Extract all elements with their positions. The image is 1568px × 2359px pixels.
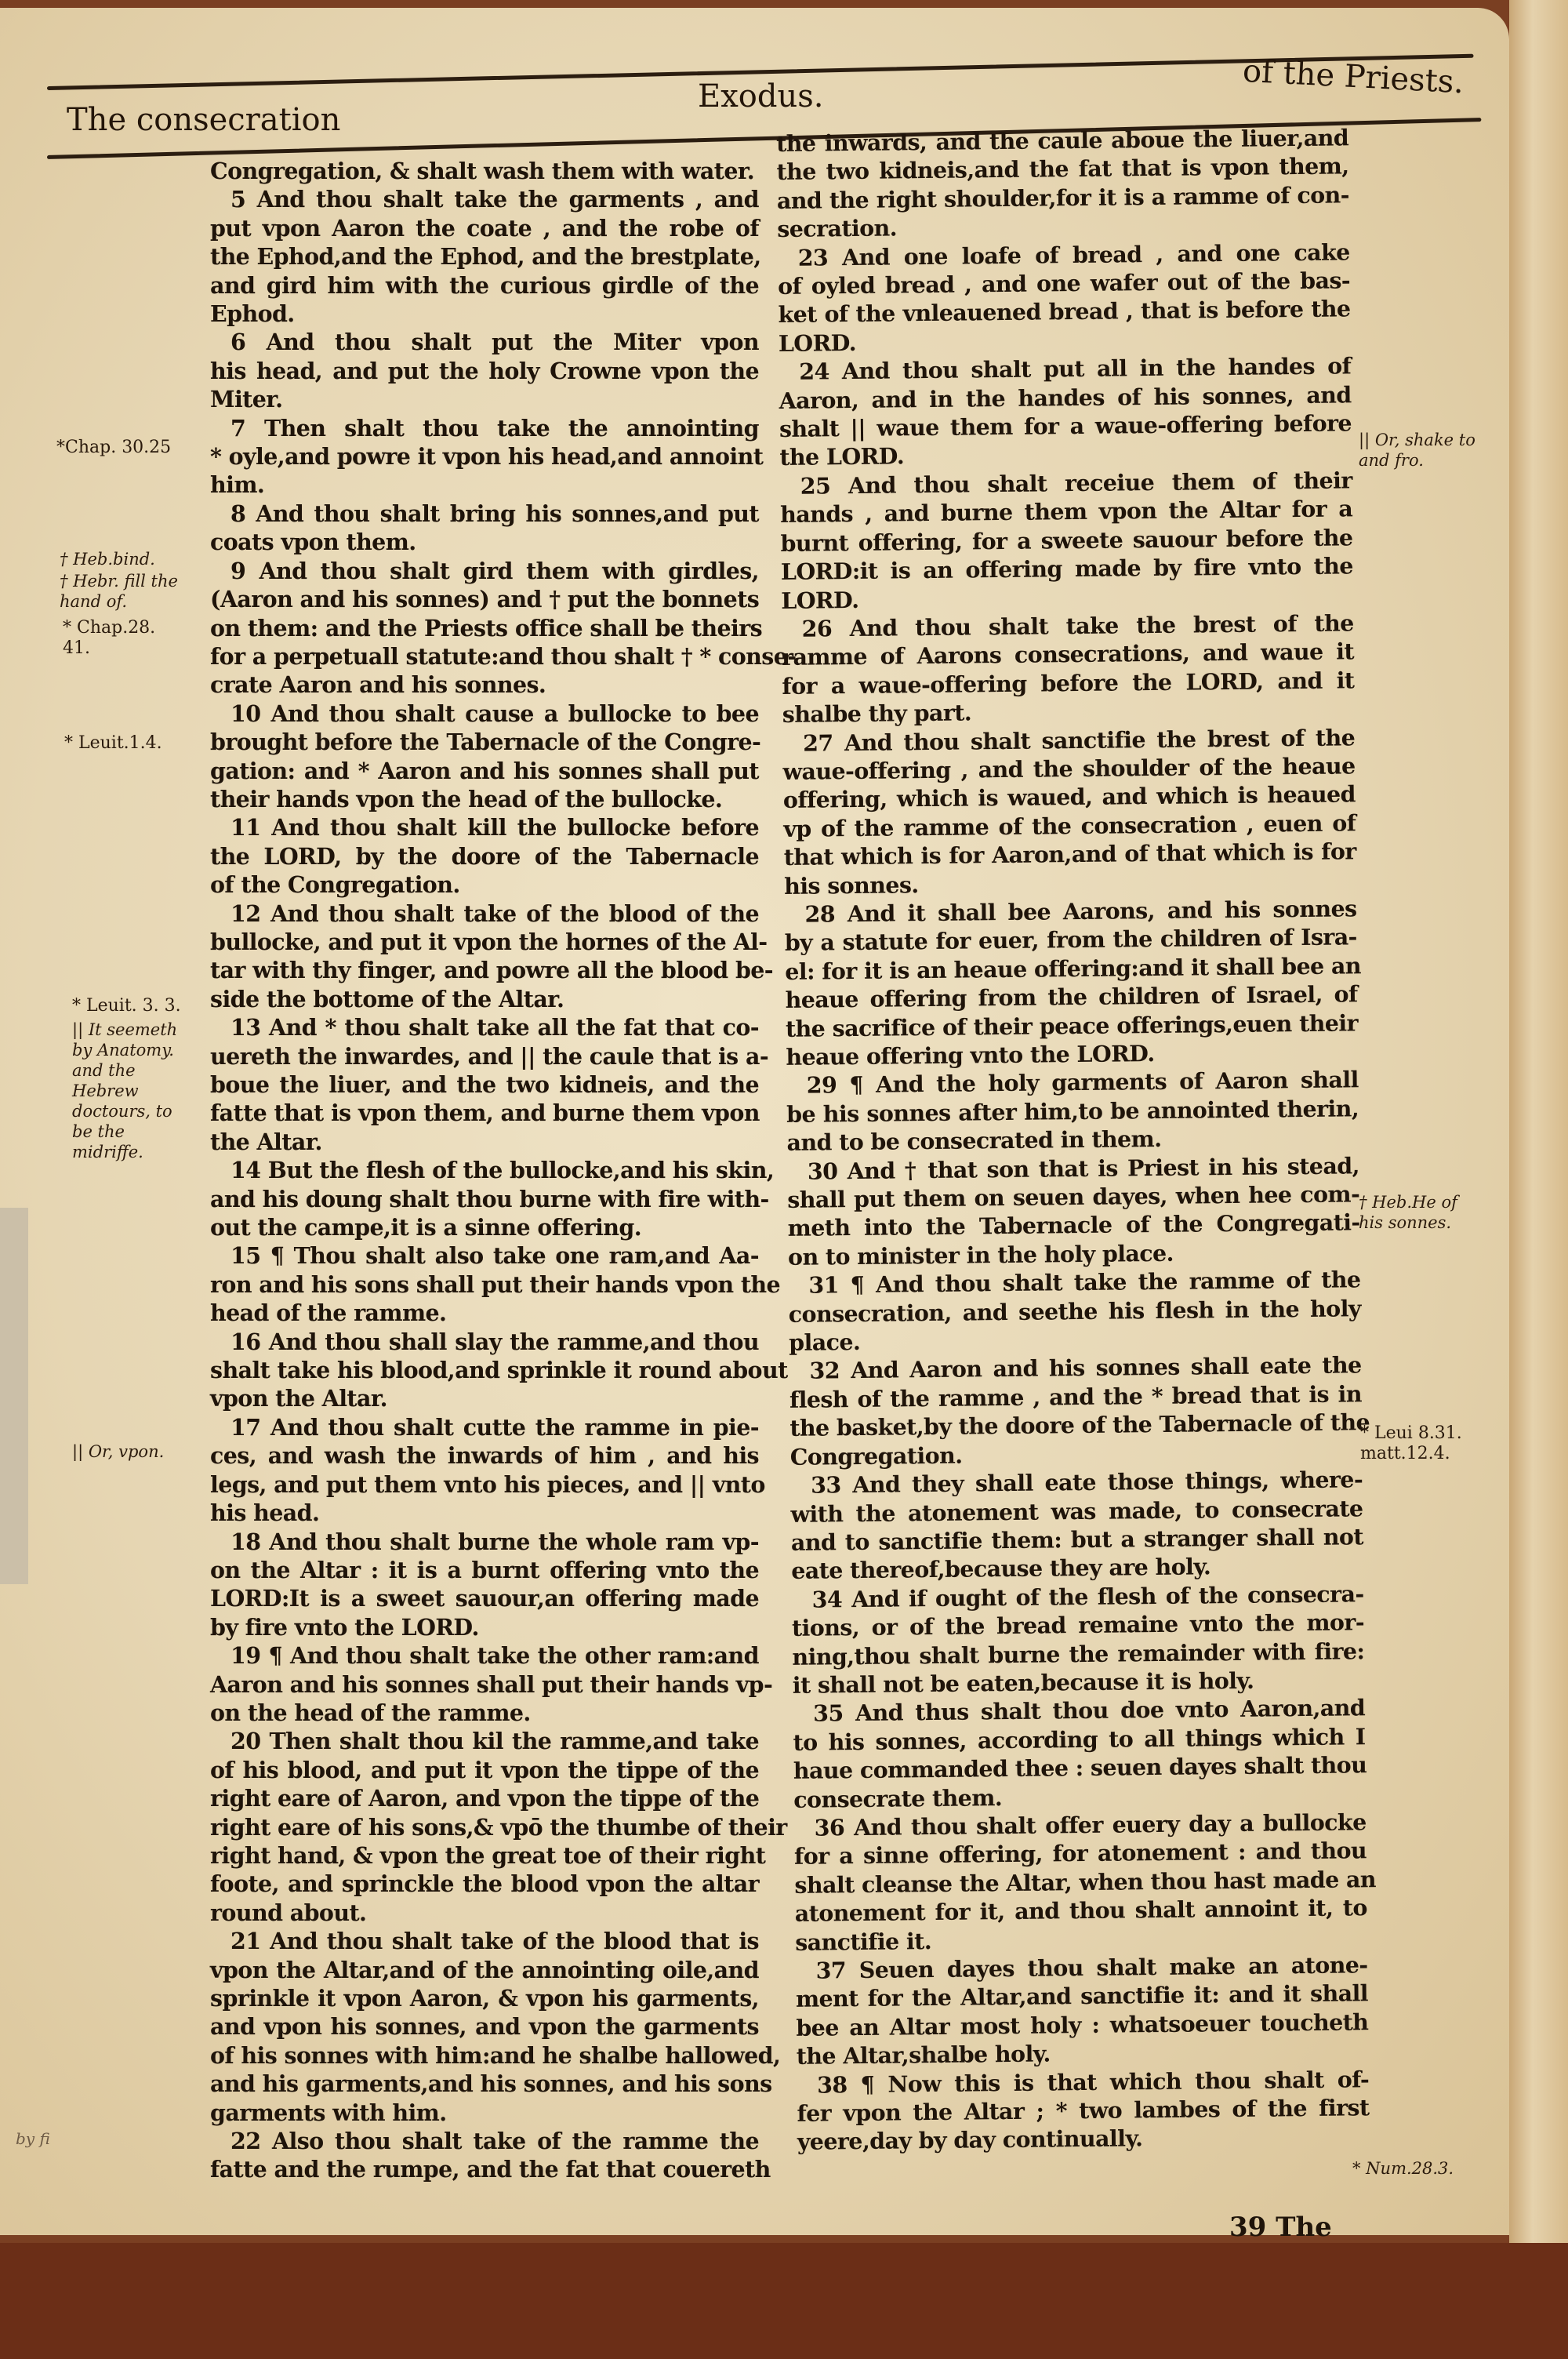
text-line: 17 And thou shalt cutte the ramme in pie… xyxy=(210,1413,759,1441)
text-line: coats vpon them. xyxy=(210,528,759,556)
text-line: crate Aaron and his sonnes. xyxy=(210,671,759,699)
catchword: 39 The xyxy=(1229,2212,1332,2243)
text-column-right: the inwards, and the caule aboue the liu… xyxy=(776,123,1370,2156)
text-line: LORD:it is an offering made by fire vnto… xyxy=(781,551,1353,586)
text-line: tar with thy finger, and powre all the b… xyxy=(210,956,759,984)
text-line: LORD:It is a sweet sauour,an offering ma… xyxy=(210,1584,759,1612)
text-line: shalt take his blood,and sprinkle it rou… xyxy=(210,1356,759,1384)
text-line: side the bottome of the Altar. xyxy=(210,985,759,1013)
text-line: and his garments,and his sonnes, and his… xyxy=(210,2070,759,2098)
text-line: of his blood, and put it vpon the tippe … xyxy=(210,1756,759,1784)
text-line: the basket,by the doore of the Tabernacl… xyxy=(789,1408,1362,1443)
text-line: gation: and * Aaron and his sonnes shall… xyxy=(210,757,759,785)
text-line: by fire vnto the LORD. xyxy=(210,1613,759,1641)
text-line: yeere,day by day continually. xyxy=(797,2122,1370,2157)
paper-insert xyxy=(0,1208,28,1584)
text-line: garments with him. xyxy=(210,2099,759,2127)
text-line: 14 But the flesh of the bullocke,and his… xyxy=(210,1156,759,1184)
text-line: 16 And thou shall slay the ramme,and tho… xyxy=(210,1328,759,1356)
text-line: legs, and put them vnto his pieces, and … xyxy=(210,1470,759,1499)
text-line: 20 Then shalt thou kil the ramme,and tak… xyxy=(210,1727,759,1755)
margin-note: * Num.28.3. xyxy=(1352,2158,1494,2179)
text-line: vpon the Altar,and of the annointing oil… xyxy=(210,1956,759,1984)
text-line: his head. xyxy=(210,1499,759,1527)
margin-note: || It seemeth by Anatomy. and the Hebrew… xyxy=(72,1020,190,1162)
text-column-left: Congregation, & shalt wash them with wat… xyxy=(210,157,759,2184)
margin-note: *Chap. 30.25 xyxy=(56,438,213,458)
running-head-center: Exodus. xyxy=(698,78,823,114)
text-line: for a perpetuall statute:and thou shalt … xyxy=(210,642,759,671)
text-line: round about. xyxy=(210,1899,759,1927)
text-line: put vpon Aaron the coate , and the robe … xyxy=(210,214,759,242)
text-line: him. xyxy=(210,471,759,499)
text-line: the sacrifice of their peace offerings,e… xyxy=(786,1009,1358,1043)
margin-note: || Or, vpon. xyxy=(72,1441,213,1462)
text-line: (Aaron and his sonnes) and † put the bon… xyxy=(210,585,759,613)
text-line: and vpon his sonnes, and vpon the garmen… xyxy=(210,2012,759,2041)
text-line: boue the liuer, and the two kidneis, and… xyxy=(210,1070,759,1099)
running-head-left: The consecration xyxy=(67,102,340,138)
text-line: 13 And * thou shalt take all the fat tha… xyxy=(210,1013,759,1041)
margin-note: † Hebr. fill the hand of. xyxy=(60,571,185,612)
next-page-edge xyxy=(1509,0,1568,2359)
text-line: right eare of Aaron, and vpon the tippe … xyxy=(210,1784,759,1812)
text-line: on them: and the Priests office shall be… xyxy=(210,614,759,642)
text-line: ron and his sons shall put their hands v… xyxy=(210,1270,759,1299)
text-line: for a waue-offering before the LORD, and… xyxy=(782,666,1354,700)
text-line: 21 And thou shalt take of the blood that… xyxy=(210,1927,759,1955)
text-line: vpon the Altar. xyxy=(210,1384,759,1412)
text-line: 5 And thou shalt take the garments , and xyxy=(210,185,759,213)
margin-note: || Or, shake to and fro. xyxy=(1359,430,1476,471)
text-line: 6 And thou shalt put the Miter vpon xyxy=(210,328,759,356)
text-line: atonement for it, and thou shalt annoint… xyxy=(795,1893,1367,1928)
text-line: 7 Then shalt thou take the annointing xyxy=(210,414,759,442)
margin-note: * Chap.28. 41. xyxy=(63,618,180,659)
text-line: bullocke, and put it vpon the hornes of … xyxy=(210,928,759,956)
text-line: head of the ramme. xyxy=(210,1299,759,1327)
text-line: 19 ¶ And thou shalt take the other ram:a… xyxy=(210,1641,759,1670)
text-line: of the Congregation. xyxy=(210,871,759,899)
text-line: on the head of the ramme. xyxy=(210,1699,759,1727)
margin-note: * Leuit. 3. 3. xyxy=(72,996,213,1016)
text-line: sprinkle it vpon Aaron, & vpon his garme… xyxy=(210,1984,759,2012)
text-line: haue commanded thee : seuen dayes shalt … xyxy=(793,1750,1366,1785)
margin-note: * Leuit.1.4. xyxy=(64,733,221,754)
text-line: 22 Also thou shalt take of the ramme the xyxy=(210,2127,759,2155)
text-line: foote, and sprinckle the blood vpon the … xyxy=(210,1870,759,1898)
text-line: right hand, & vpon the great toe of thei… xyxy=(210,1841,759,1870)
text-line: 11 And thou shalt kill the bullocke befo… xyxy=(210,813,759,841)
text-line: Miter. xyxy=(210,385,759,413)
text-line: ces, and wash the inwards of him , and h… xyxy=(210,1441,759,1470)
handwritten-fragment: by fi xyxy=(16,2129,50,2148)
text-line: consecration, and seethe his flesh in th… xyxy=(789,1294,1361,1329)
text-line: 8 And thou shalt bring his sonnes,and pu… xyxy=(210,500,759,528)
text-line: their hands vpon the head of the bullock… xyxy=(210,785,759,813)
text-line: on the Altar : it is a burnt offering vn… xyxy=(210,1556,759,1584)
text-line: fatte and the rumpe, and the fat that co… xyxy=(210,2155,759,2183)
text-line: 12 And thou shalt take of the blood of t… xyxy=(210,900,759,928)
margin-note: † Heb.bind. xyxy=(60,549,209,569)
margin-note: † Heb.He of his sonnes. xyxy=(1359,1192,1476,1233)
text-line: and gird him with the curious girdle of … xyxy=(210,271,759,300)
text-line: 18 And thou shalt burne the whole ram vp… xyxy=(210,1528,759,1556)
text-line: his head, and put the holy Crowne vpon t… xyxy=(210,357,759,385)
margin-note: * Leui 8.31. matt.12.4. xyxy=(1360,1423,1470,1464)
text-line: Ephod. xyxy=(210,300,759,328)
text-line: that which is for Aaron,and of that whic… xyxy=(784,837,1356,871)
text-line: the Ephod,and the Ephod, and the brestpl… xyxy=(210,242,759,271)
text-line: 9 And thou shalt gird them with girdles, xyxy=(210,557,759,585)
text-line: fatte that is vpon them, and burne them … xyxy=(210,1099,759,1127)
text-line: * oyle,and powre it vpon his head,and an… xyxy=(210,442,759,471)
text-line: 15 ¶ Thou shalt also take one ram,and Aa… xyxy=(210,1241,759,1270)
text-line: out the campe,it is a sinne offering. xyxy=(210,1213,759,1241)
text-line: right eare of his sons,& vpō the thumbe … xyxy=(210,1813,759,1841)
text-line: brought before the Tabernacle of the Con… xyxy=(210,728,759,756)
text-line: uereth the inwardes, and || the caule th… xyxy=(210,1042,759,1070)
text-line: Congregation, & shalt wash them with wat… xyxy=(210,157,759,185)
text-line: and his doung shalt thou burne with fire… xyxy=(210,1185,759,1213)
text-line: ket of the vnleauened bread , that is be… xyxy=(778,295,1350,329)
text-line: of his sonnes with him:and he shalbe hal… xyxy=(210,2041,759,2070)
text-line: 10 And thou shalt cause a bullocke to be… xyxy=(210,700,759,728)
text-line: meth into the Tabernacle of the Congrega… xyxy=(787,1209,1359,1243)
text-line: the LORD, by the doore of the Tabernacle xyxy=(210,842,759,871)
book-binding xyxy=(0,2243,1568,2359)
text-line: Aaron and his sonnes shall put their han… xyxy=(210,1670,759,1699)
text-line: the Altar. xyxy=(210,1128,759,1156)
text-line: ning,thou shalt burne the remainder with… xyxy=(792,1637,1364,1671)
